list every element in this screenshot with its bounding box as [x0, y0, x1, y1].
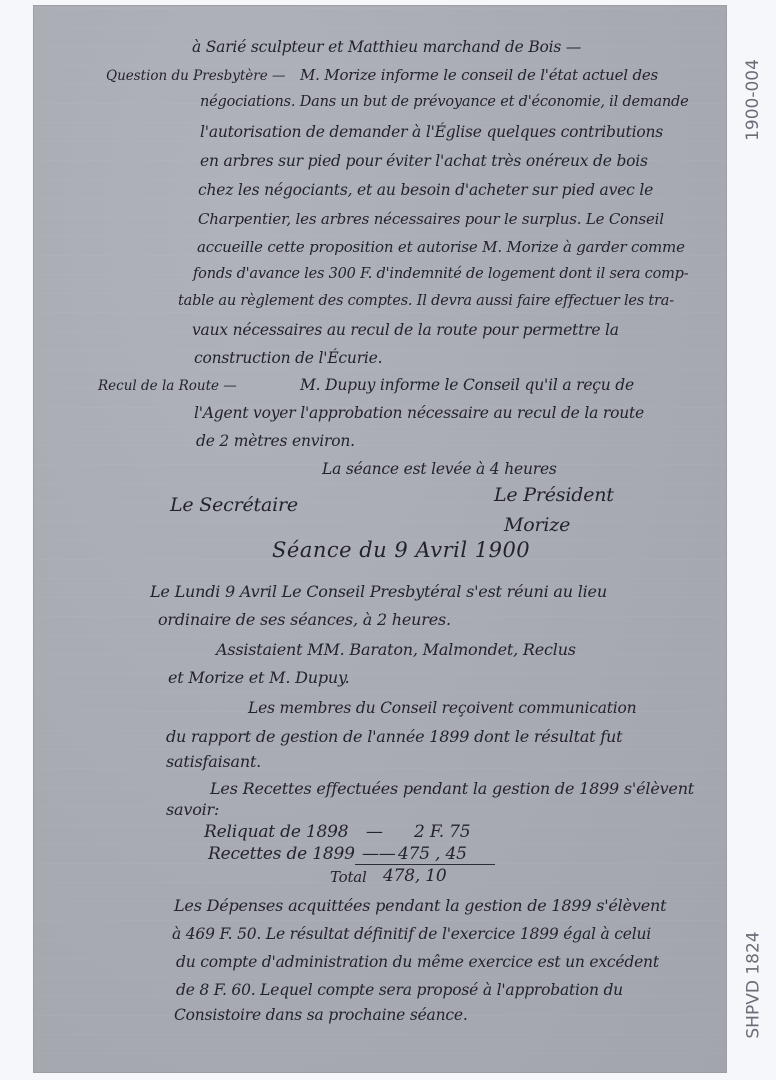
text-line: construction de l'Écurie. [194, 349, 382, 367]
text-line: Le Lundi 9 Avril Le Conseil Presbytéral … [150, 582, 607, 601]
text-line: M. Dupuy informe le Conseil qu'il a reçu… [300, 376, 634, 394]
text-line: fonds d'avance les 300 F. d'indemnité de… [193, 266, 688, 282]
text-line: Assistaient MM. Baraton, Malmondet, Recl… [216, 640, 576, 659]
receipt-label: Recettes de 1899 [208, 844, 355, 864]
text-line: l'autorisation de demander à l'Église qu… [200, 123, 663, 141]
text-line: Les membres du Conseil reçoivent communi… [248, 699, 636, 717]
text-line: du rapport de gestion de l'année 1899 do… [166, 727, 622, 746]
scan-canvas: à Sarié sculpteur et Matthieu marchand d… [0, 0, 776, 1080]
margin-heading-presbytere: Question du Presbytère — [106, 68, 286, 84]
text-line: Consistoire dans sa prochaine séance. [174, 1006, 468, 1024]
signature-secretaire-label: Le Secrétaire [170, 494, 298, 516]
text-line: en arbres sur pied pour éviter l'achat t… [200, 152, 648, 170]
session-title: Séance du 9 Avril 1900 [272, 538, 530, 562]
text-line: l'Agent voyer l'approbation nécessaire a… [194, 404, 644, 422]
text-line: table au règlement des comptes. Il devra… [178, 293, 674, 309]
text-line: ordinaire de ses séances, à 2 heures. [158, 610, 451, 629]
text-line: savoir: [166, 800, 219, 819]
receipt-amount: 475 , 45 [398, 844, 467, 864]
text-line: à 469 F. 50. Le résultat définitif de l'… [172, 925, 651, 943]
archive-number-bottom: SHPVD 1824 [744, 931, 764, 1038]
text-line: Charpentier, les arbres nécessaires pour… [198, 210, 664, 228]
signature-president-name: Morize [504, 514, 570, 536]
text-line: Les Dépenses acquittées pendant la gesti… [174, 896, 666, 915]
receipt-dash: —— [362, 844, 396, 864]
total-amount: 478, 10 [383, 866, 447, 886]
margin-heading-recul: Recul de la Route — [98, 378, 237, 394]
total-underline [355, 864, 495, 865]
receipt-amount: 2 F. 75 [414, 822, 470, 842]
text-line: du compte d'administration du même exerc… [176, 953, 659, 971]
signature-president-label: Le Président [494, 484, 614, 506]
closing-line: La séance est levée à 4 heures [322, 460, 557, 478]
text-line: Les Recettes effectuées pendant la gesti… [210, 779, 694, 798]
text-line: de 8 F. 60. Lequel compte sera proposé à… [176, 981, 623, 999]
receipt-dash: — [366, 822, 383, 842]
text-line: M. Morize informe le conseil de l'état a… [300, 66, 658, 84]
text-line: accueille cette proposition et autorise … [197, 238, 685, 256]
receipt-label: Reliquat de 1898 [204, 822, 348, 842]
total-label: Total [330, 868, 367, 886]
text-line: chez les négociants, et au besoin d'ache… [198, 181, 653, 199]
text-line: satisfaisant. [166, 752, 261, 771]
archive-number-top: 1900-004 [743, 59, 763, 141]
text-line: vaux nécessaires au recul de la route po… [192, 321, 619, 339]
attendees-line: et Morize et M. Dupuy. [168, 668, 350, 687]
text-line: négociations. Dans un but de prévoyance … [200, 94, 689, 110]
text-line: de 2 mètres environ. [196, 432, 355, 450]
text-line: à Sarié sculpteur et Matthieu marchand d… [192, 38, 581, 56]
text-line: et Morize et M. Dupuy. [168, 668, 350, 687]
